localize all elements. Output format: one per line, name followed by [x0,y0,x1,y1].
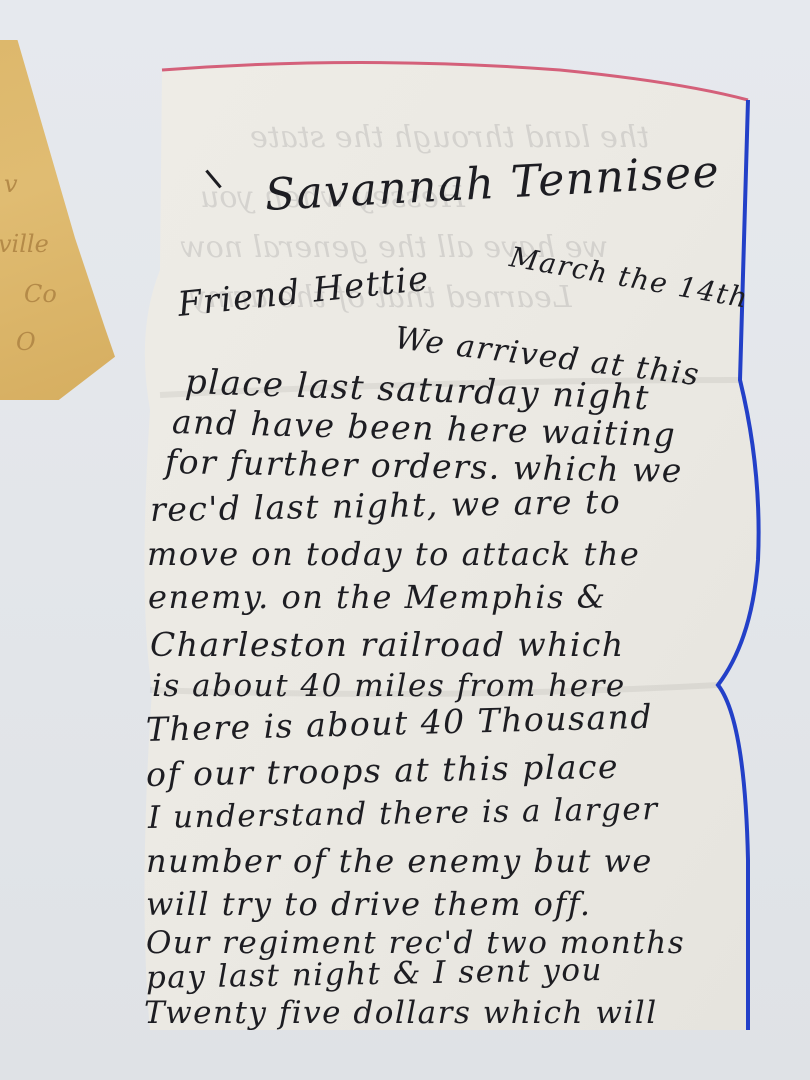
bleed-through-text: the land through the state [250,120,649,155]
letter-line: Twenty five dollars which will [144,995,658,1031]
letter-line: enemy. on the Memphis & [148,578,607,616]
letter-line: of our troops at this place [146,747,620,794]
letter-line: move on today to attack the [147,535,640,573]
letter-line: will try to drive them off. [146,885,592,923]
letter-line: rec'd last night, we are to [150,482,622,529]
letter-line: number of the enemy but we [146,842,653,880]
letter-line: Charleston railroad which [150,625,625,664]
